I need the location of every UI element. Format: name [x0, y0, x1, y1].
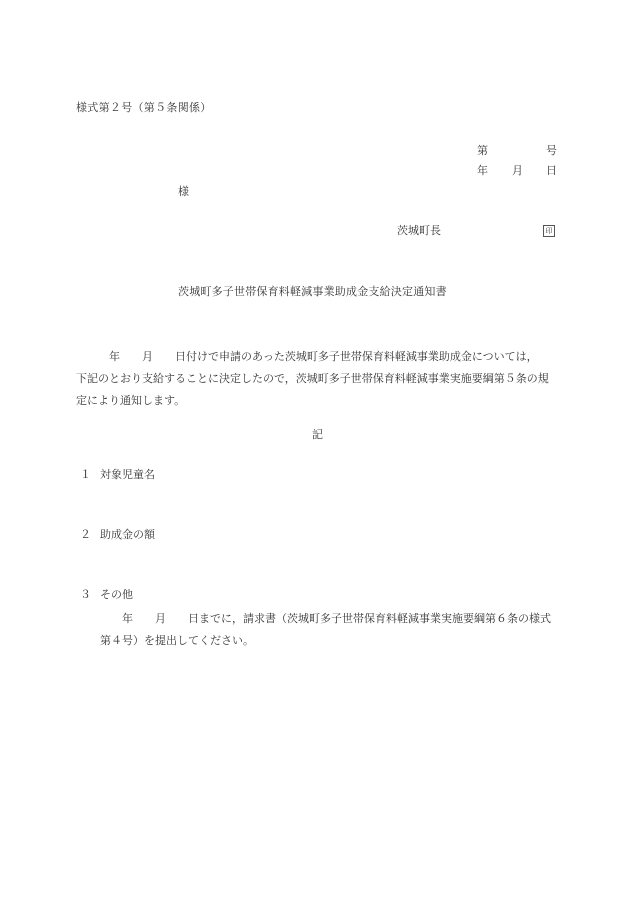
- body-line: 年 月 日付けで申請のあった茨城町多子世帯保育料軽減事業助成金については，: [76, 346, 556, 368]
- body-line: 定により通知します。: [76, 390, 556, 412]
- issuer-title: 茨城町長: [397, 225, 441, 236]
- item-label-grant-amount: 助成金の額: [100, 529, 155, 540]
- document-title: 茨城町多子世帯保育料軽減事業助成金支給決定通知書: [178, 286, 447, 297]
- body-paragraph: 年 月 日付けで申請のあった茨城町多子世帯保育料軽減事業助成金については， 下記…: [76, 346, 556, 412]
- document-number-suffix: 号: [546, 145, 557, 156]
- date-month-label: 月: [512, 165, 523, 176]
- date-day-label: 日: [546, 165, 557, 176]
- detail-line: 年 月 日までに，請求書（茨城町多子世帯保育料軽減事業実施要綱第６条の様式: [100, 608, 560, 630]
- item-number: １: [80, 469, 91, 480]
- date-year-label: 年: [477, 165, 488, 176]
- form-number: 様式第２号（第５条関係）: [76, 102, 212, 113]
- item-label-child-name: 対象児童名: [100, 469, 155, 480]
- detail-line: 第４号）を提出してください。: [100, 630, 560, 652]
- item-other-detail: 年 月 日までに，請求書（茨城町多子世帯保育料軽減事業実施要綱第６条の様式 第４…: [100, 608, 560, 652]
- body-line: 下記のとおり支給することに決定したので，茨城町多子世帯保育料軽減事業実施要綱第５…: [76, 368, 556, 390]
- item-label-other: その他: [100, 589, 133, 600]
- item-number: ３: [80, 589, 91, 600]
- document-number-prefix: 第: [477, 145, 488, 156]
- seal-icon: 印: [543, 225, 555, 237]
- ki-heading: 記: [312, 429, 323, 440]
- addressee-honorific: 様: [178, 186, 189, 197]
- item-number: ２: [80, 529, 91, 540]
